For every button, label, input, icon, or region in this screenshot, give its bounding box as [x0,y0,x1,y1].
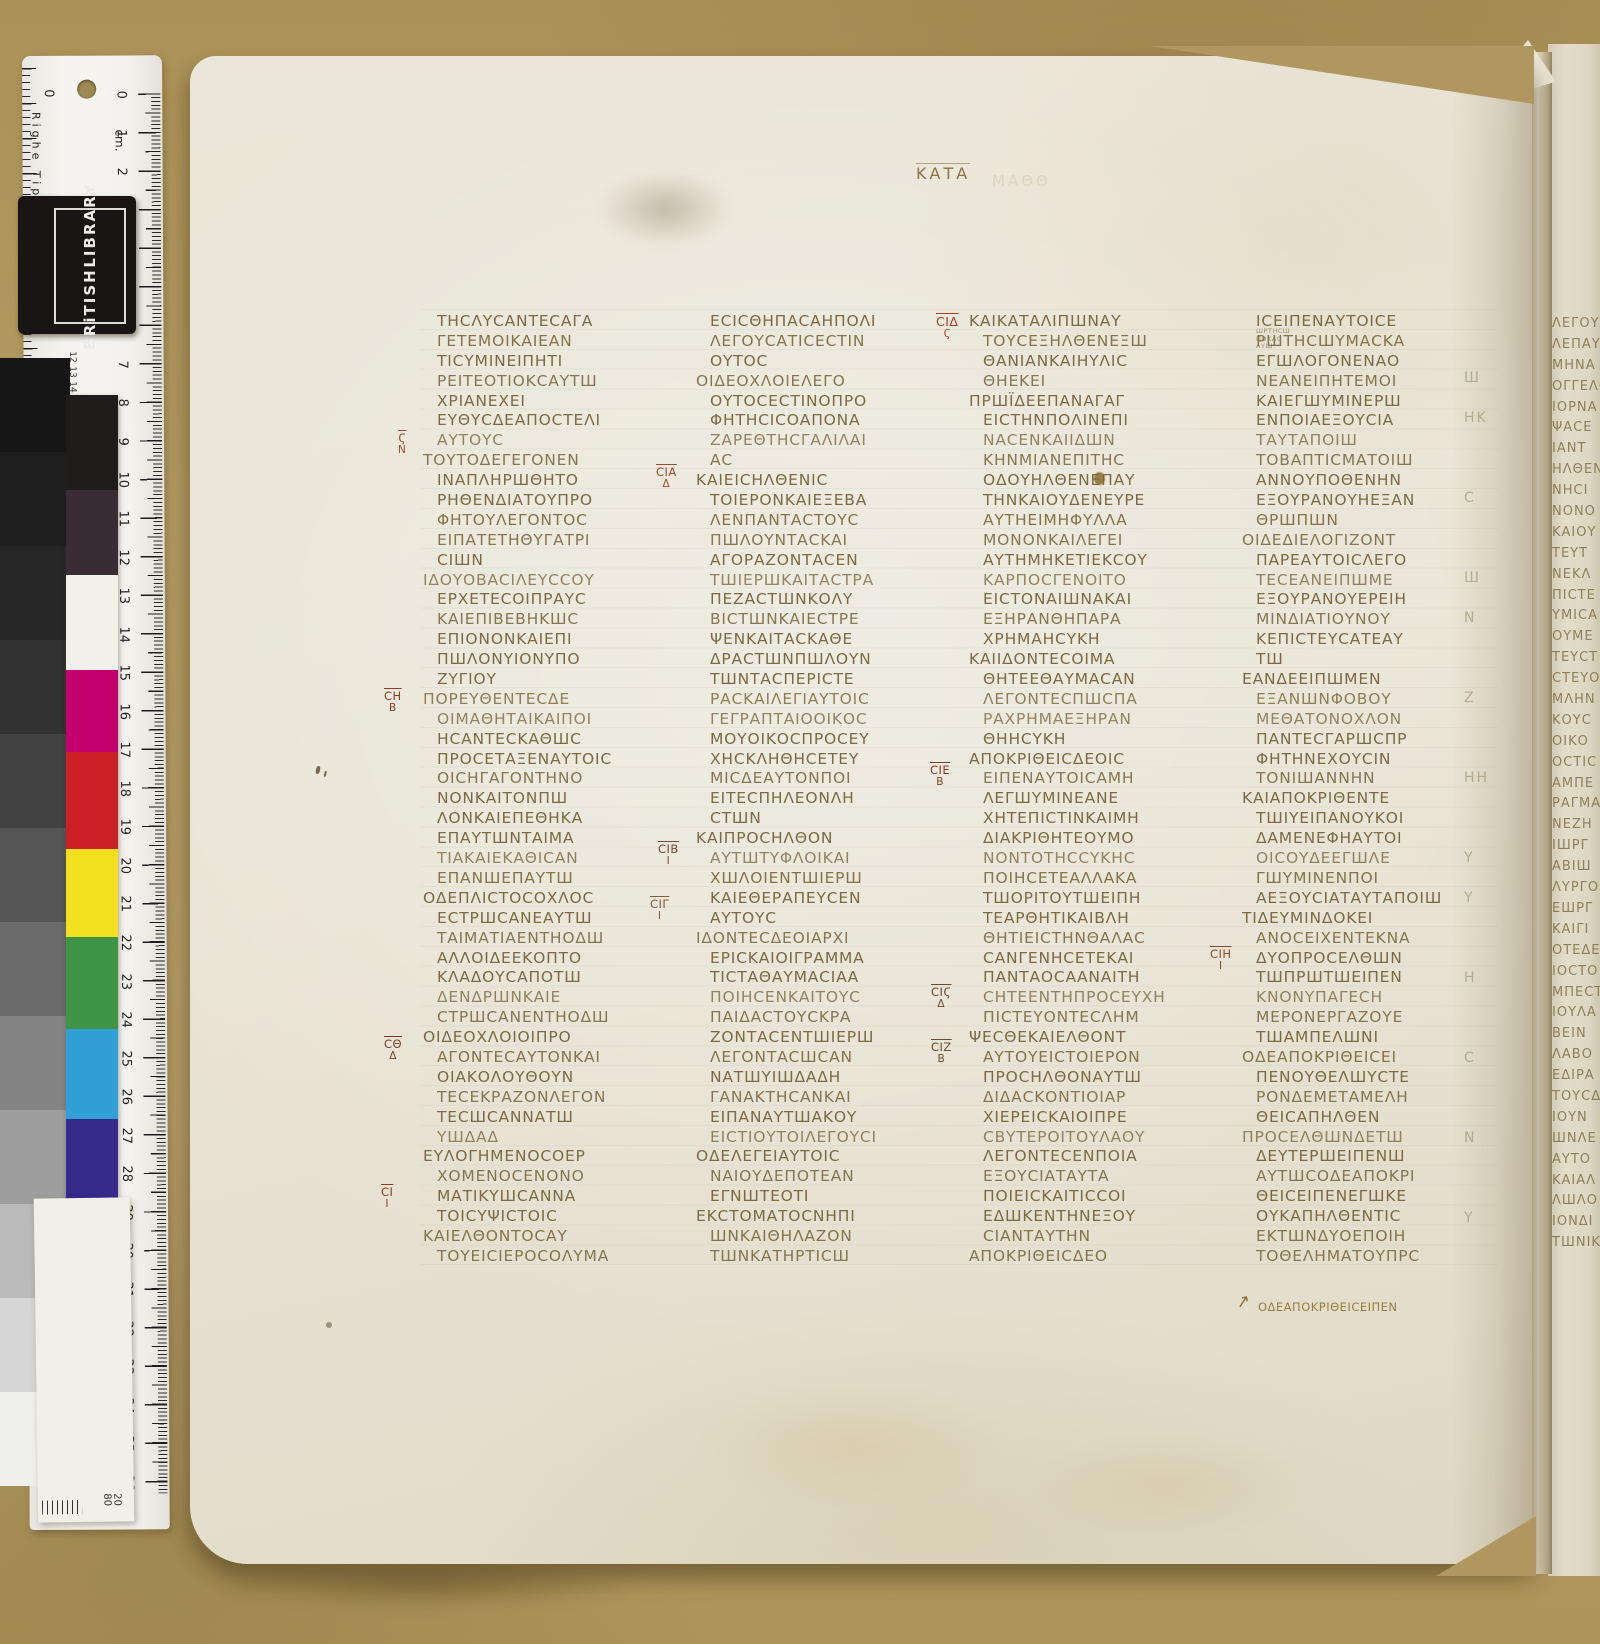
leaf-text-fragment: ΠΙCΤΕ [1552,588,1600,609]
leaf-text-fragment: ΟΓΓΕΛΟ [1552,379,1600,400]
leaf-text-fragment: ΙΑΝΤ [1552,441,1600,462]
grayscale-step-g1 [0,358,70,452]
manuscript-text-line: ΟΙCΗΓΑΓΟΝΤΗΝΟ [437,769,687,789]
manuscript-text-line: ΑΥΤΗΕΙΜΗΦΥΛΛΑ [983,511,1233,531]
leaf-text-fragment: ΛШΛΟ [1552,1193,1600,1214]
white-card: 20 80 [34,1197,135,1522]
leaf-text-fragment: ΝΕΚΛ [1552,567,1600,588]
manuscript-text-line: ΕΚCΤΟΜΑΤΟCΝΗΠΙ [696,1207,960,1227]
ruler-number: 7 [103,353,142,375]
manuscript-text-line: ΕΡΙCΚΑΙΟΙΓΡΑΜΜΑ [710,949,960,969]
ghost-letter: Ш [1464,570,1524,610]
manuscript-text-line: ΕΥΛΟΓΗΜΕΝΟCΟΕΡ [423,1147,687,1167]
manuscript-text-line: ΧΡΗΜΑΗCΥΚΗ [983,630,1233,650]
manuscript-text-line: ΕΠΑΥΤШΝΤΑΙΜΑ [437,829,687,849]
ruler-hole [77,80,96,99]
manuscript-text-line: ΛΟΝΚΑΙΕΠΕΘΗΚΑ [437,809,687,829]
manuscript-text-line: ΔΙΑΚΡΙΘΗΤΕΟΥΜΟ [983,829,1233,849]
manuscript-text-line: ΚΑΙΙΔΟΝΤΕCΟΙΜΑ [969,650,1233,670]
leaf-text-fragment: ΕΔΙΡΑ [1552,1068,1600,1089]
manuscript-text-line: ΧΙΕΡΕΙCΚΑΙΟΙΠΡΕ [983,1108,1233,1128]
manuscript-text-line: ΠΕΖΑCΤШΝΚΟΛΥ [710,590,960,610]
grayscale-step-g2 [0,452,70,546]
manuscript-text-line: ΚΑΙΕΛΘΟΝΤΟCΑΥ [423,1227,687,1247]
color-patch-magenta [66,670,118,752]
manuscript-text-line: ΛΕΓΟΝΤΕCΕΝΠΟΙΑ [983,1147,1233,1167]
card-ticks [42,1500,82,1515]
manuscript-text-line: ΘΗΤΕΕΘΑΥΜΑCΑΝ [983,670,1233,690]
facing-leaf-text-fragments: ΛΕΓΟΥΛΕΠΑΥΜΗΝΑΟΓΓΕΛΟΙΟΡΝΑΨΑCΕΙΑΝΤΗΛΘΕΝΝΗ… [1552,316,1600,1256]
manuscript-text-line: ΚΛΑΔΟΥCΑΠΟΤШ [437,968,687,988]
manuscript-text-line: ΙΔΟΥΟΒΑCΙΛΕΥCCΟΥ [423,571,687,591]
ink-speck [326,1322,332,1328]
manuscript-text-line: ΑΥΤΟΥΕΙCΤΟΙΕΡΟΝ [983,1048,1233,1068]
manuscript-text-line: ΛΕΓΟΝΤΑCШCΑΝ [710,1048,960,1068]
ghost-letter: Ш [1464,370,1524,410]
manuscript-text-line: ΤΙCΤΑΘΑΥΜΑCΙΑΑ [710,968,960,988]
ghost-letter: ΗΚ [1464,410,1524,450]
manuscript-text-line: ΠΟΙΕΙCΚΑΙΤΙCCΟΙ [983,1187,1233,1207]
manuscript-text-line: ΟΔΟΥΗΛΘΕΝΕΠΑΥ [983,471,1233,491]
leaf-text-fragment: ΛΕΠΑΥ [1552,337,1600,358]
color-patch-yellow [66,849,118,937]
ghost-letter: Ν [1464,1130,1524,1170]
text-column-3: ΚΑΙΚΑΤΑΛΙΠШΝΑΥΤΟΥCΕΞΗΛΘΕΝΕΞШΘΑΝΙΑΝΚΑΙΗΥΛ… [983,312,1233,1267]
ghost-letter: Υ [1464,850,1524,890]
manuscript-text-line: ΤШΟΡΙΤΟΥΤШΕΙΠΗ [983,889,1233,909]
manuscript-text-line: ΝΟΝΤΟΤΗCCΥΚΗC [983,849,1233,869]
leaf-text-fragment: ΤΕΥΤ [1552,546,1600,567]
manuscript-text-line: ΚΑΙΕΠΙΒΕΒΗΚШC [437,610,687,630]
manuscript-text-line: ΘΗΕΚΕΙ [983,372,1233,392]
parchment-stain [1030,1430,1310,1540]
manuscript-text-line: ΕΙΤΕCΠΗΛΕΟΝΛΗ [710,789,960,809]
manuscript-text-line: ΕΙΠΑΤΕΤΗΘΥΓΑΤΡΙ [437,531,687,551]
manuscript-text-line: ΠΟΙΗCΕΝΚΑΙΤΟΥC [710,988,960,1008]
manuscript-text-line: ΑΥΤΗΜΗΚΕΤΙΕΚCΟΥ [983,551,1233,571]
manuscript-text-line: ΤΕCШCΑΝΝΑΤШ [437,1108,687,1128]
manuscript-text-line: ΠΙCΤΕΥΟΝΤΕCΛΗΜ [983,1008,1233,1028]
manuscript-text-line: ΝΟΝΚΑΙΤΟΝΠШ [437,789,687,809]
manuscript-text-line: ΛΕΓΟΝΤΕCΠШCΠΑ [983,690,1233,710]
manuscript-text-line: ΚΑΙΕΙCΗΛΘΕΝΙC [696,471,960,491]
leaf-text-fragment: ΗΛΘΕΝ [1552,462,1600,483]
manuscript-text-line: ΕΡΧΕΤΕCΟΙΠΡΑΥC [437,590,687,610]
color-patch-black [66,395,118,490]
leaf-text-fragment: ΙΟΥΛΑ [1552,1005,1600,1026]
manuscript-text-line: ΕCΙCΘΗΠΑCΑΗΠΟΛΙ [710,312,960,332]
leaf-text-fragment: ΑΒΙШ [1552,859,1600,880]
eusebian-numeral: CΙΕΒ [930,764,950,788]
ghost-letter: C [1464,490,1524,530]
leaf-text-fragment: ΝΕΖΗ [1552,817,1600,838]
eusebian-numeral: CΗΒ [384,690,402,714]
text-column-2: ΕCΙCΘΗΠΑCΑΗΠΟΛΙΛΕΓΟΥCΑΤΙCΕCΤΙΝΟΥΤΟCΟΙΔΕΟ… [710,312,960,1267]
manuscript-text-line: ΖΑΡΕΘΤΗCΓΑΛΙΛΑΙ [710,431,960,451]
leaf-text-fragment: ΙШΡΓ [1552,838,1600,859]
manuscript-text-line: ΤΟΥCΕΞΗΛΘΕΝΕΞШ [983,332,1233,352]
manuscript-text-line: ΕΠΑΝШΕΠΑΥΤШ [437,869,687,889]
manuscript-text-line: ΦΗΤΗCΙCΟΑΠΟΝΑ [710,411,960,431]
leaf-text-fragment: ΡΑΓΜΑ [1552,796,1600,817]
manuscript-text-line: ΜΟΥΟΙΚΟCΠΡΟCΕΥ [710,730,960,750]
ruler-unit-label: cm. [112,129,126,151]
manuscript-text-line: ΧΡΙΑΝΕΧΕΙ [437,392,687,412]
manuscript-text-line: ΕΙCΤΙΟΥΤΟΙΛΕΓΟΥCΙ [710,1128,960,1148]
manuscript-text-line: ΨΕCΘΕΚΑΙΕΛΘΟΝΤ [969,1028,1233,1048]
leaf-text-fragment: ΚΑΙΑΛ [1552,1173,1600,1194]
ghost-letter [1464,330,1524,370]
leaf-text-fragment: ΟΙΚΟ [1552,734,1600,755]
manuscript-text-line: ΠΟΙΗCΕΤΕΑΛΛΑΚΑ [983,869,1233,889]
manuscript-text-line: ΙΝΑΠΛΗΡШΘΗΤΟ [437,471,687,491]
manuscript-text-line: ΑΠΟΚΡΙΘΕΙCΔΕΟ [969,1247,1233,1267]
manuscript-text-line: ΑΓΟΡΑΖΟΝΤΑCΕΝ [710,551,960,571]
manuscript-text-line: ΨΕΝΚΑΙΤΑCΚΑΘΕ [710,630,960,650]
text-column-1: ΤΗCΛΥCΑΝΤΕCΑΓΑΓΕΤΕΜΟΙΚΑΙΕΑΝΤΙCΥΜΙΝΕΙΠΗΤΙ… [437,312,687,1267]
manuscript-text-line: ΕΔШΚΕΝΤΗΝΕΞΟΥ [983,1207,1233,1227]
manuscript-text-line: ΜΑΤΙΚΥШCΑΝΝΑ [437,1187,687,1207]
grayscale-step-g8 [0,1016,70,1110]
manuscript-text-line: ΝΑCΕΝΚΑΙΙΔШΝ [983,431,1233,451]
leaf-text-fragment: ΚΑΙΟΥ [1552,525,1600,546]
manuscript-text-line: ΑΛΛΟΙΔΕΕΚΟΠΤΟ [437,949,687,969]
card-label-top: 20 [111,1493,122,1506]
manuscript-text-line: ΛΕΓШΥΜΙΝΕΑΝΕ [983,789,1233,809]
ghost-letter: Υ [1464,1210,1524,1250]
leaf-text-fragment: ΜΠΕCΤ [1552,985,1600,1006]
manuscript-text-line: ΔΕΝΔΡШΝΚΑΙΕ [437,988,687,1008]
manuscript-text-line: ΤΟΙΕΡΟΝΚΑΙΕΞΕΒΑ [710,491,960,511]
ghost-letter: Η [1464,970,1524,1010]
ghost-letter [1464,730,1524,770]
page-cast-shadow [214,1560,634,1610]
logo-word-british: BRiTISH [81,269,99,350]
leaf-text-fragment: ΛΥΡΓΟ [1552,880,1600,901]
manuscript-text-line: ΠΡШΪΔΕΕΠΑΝΑΓΑΓ [969,392,1233,412]
corrector-gloss: ШΡΤΗCШΠΟΚΑCΑΥШ [1256,328,1290,351]
manuscript-text-line: ΡΑCΚΑΙΛΕΓΙΑΥΤΟΙC [710,690,960,710]
manuscript-text-line: ΓΕΓΡΑΠΤΑΙΟΟΙΚΟC [710,710,960,730]
manuscript-text-line: ΕΥΘΥCΔΕΑΠΟCΤΕΛΙ [437,411,687,431]
manuscript-text-line: ΓΕΤΕΜΟΙΚΑΙΕΑΝ [437,332,687,352]
leaf-text-fragment: ΚΟΥC [1552,713,1600,734]
manuscript-text-line: ΧΟΜΕΝΟCΕΝΟΝΟ [437,1167,687,1187]
ruler-number: 0 [102,84,141,106]
manuscript-text-line: ШΝΚΑΙΘΗΛΑΖΟΝ [710,1227,960,1247]
ghost-letter: Ν [1464,610,1524,650]
manuscript-text-line: ΑΠΟΚΡΙΘΕΙCΔΕΟΙC [969,750,1233,770]
leaf-text-fragment: ΟΥΜΕ [1552,629,1600,650]
grayscale-step-g3 [0,546,70,640]
manuscript-photograph: ΛΕΓΟΥΛΕΠΑΥΜΗΝΑΟΓΓΕΛΟΙΟΡΝΑΨΑCΕΙΑΝΤΗΛΘΕΝΝΗ… [0,0,1600,1644]
manuscript-text-line: CΒΥΤΕΡΟΙΤΟΥΛΑΟΥ [983,1128,1233,1148]
leaf-text-fragment: ΙΟΝΔΙ [1552,1214,1600,1235]
eusebian-numeral: CΙϚΔ [931,986,951,1010]
manuscript-text-line: ΜΟΝΟΝΚΑΙΛΕΓΕΙ [983,531,1233,551]
color-patch-red [66,752,118,849]
manuscript-text-line: ΤΙΑΚΑΙΕΚΑΘΙCΑΝ [437,849,687,869]
manuscript-text-line: ΠШΛΟΥΝΤΑCΚΑΙ [710,531,960,551]
ghost-letter [1464,530,1524,570]
eusebian-numeral: ϚΝ [398,432,406,456]
manuscript-text-line: ΤΙCΥΜΙΝΕΙΠΗΤΙ [437,352,687,372]
manuscript-text-line: ΘΗΤΙΕΙCΤΗΝΘΑΛΑC [983,929,1233,949]
manuscript-text-line: ΧΗΤΕΠΙCΤΙΝΚΑΙΜΗ [983,809,1233,829]
manuscript-text-line: ΖΥΓΙΟΥ [437,670,687,690]
leaf-text-fragment: ΤΕΥCΤ [1552,650,1600,671]
british-library-logo-frame: BRiTISH LIBRARY [54,208,126,324]
manuscript-text-line: ΟΥΤΟC [710,352,960,372]
manuscript-text-line: ΤΟΙCΥΨΙCΤΟΙC [437,1207,687,1227]
leaf-text-fragment: ΒΕΙΝ [1552,1026,1600,1047]
manuscript-text-line: ΗCΑΝΤΕCΚΑΘШC [437,730,687,750]
manuscript-text-line: ΤШΝΚΑΤΗΡΤΙCШ [710,1247,960,1267]
leaf-text-fragment: ΚΑΙΓΙ [1552,922,1600,943]
manuscript-text-line: ΔΡΑCΤШΝΠШΛΟΥΝ [710,650,960,670]
manuscript-text-line: ΟΙΔΕΟΧΛΟΙΕΛΕΓΟ [696,372,960,392]
grayscale-step-g7 [0,922,70,1016]
manuscript-text-line: ΡΑΧΡΗΜΑΕΞΗΡΑΝ [983,710,1233,730]
leaf-text-fragment: ΝΗCΙ [1552,483,1600,504]
british-library-logo: BRiTISH LIBRARY [81,182,99,350]
manuscript-text-line: ΤΕΑΡΘΗΤΙΚΑΙΒΛΗ [983,909,1233,929]
ghost-letter [1464,1010,1524,1050]
manuscript-text-line: ΕΙΠΑΝΑΥΤШΑΚΟΥ [710,1108,960,1128]
manuscript-text-line: ΦΗΤΟΥΛΕΓΟΝΤΟC [437,511,687,531]
manuscript-text-line: CΙШΝ [437,551,687,571]
ruler-left-zero: 0 [41,89,56,97]
ghost-letter: Ζ [1464,690,1524,730]
leaf-text-fragment: ΕШΡΓ [1552,901,1600,922]
manuscript-text-line: ΘΗΗCΥΚΗ [983,730,1233,750]
manuscript-text-line: ΤΟΥΤΟΔΕΓΕΓΟΝΕΝ [423,451,687,471]
ruler-number: 2 [102,161,141,183]
manuscript-text-line: ΠΟΡΕΥΘΕΝΤΕCΔΕ [423,690,687,710]
manuscript-text-line: ΑC [710,451,960,471]
manuscript-text-line: ΤШΙΕΡШΚΑΙΤΑCΤΡΑ [710,571,960,591]
manuscript-text-line: ΑΥΤΟΥC [437,431,687,451]
leaf-text-fragment: ΑΜΠΕ [1552,776,1600,797]
leaf-text-fragment: ΤΟΥCΔ [1552,1089,1600,1110]
manuscript-text-line: CΤΡШCΑΝΕΝΤΗΟΔШ [437,1008,687,1028]
leaf-text-fragment: ΨΑCΕ [1552,420,1600,441]
eusebian-numeral: CΙΑΔ [656,466,677,490]
ghost-letter [1464,1170,1524,1210]
facing-leaf-edge: ΛΕΓΟΥΛΕΠΑΥΜΗΝΑΟΓΓΕΛΟΙΟΡΝΑΨΑCΕΙΑΝΤΗΛΘΕΝΝΗ… [1548,44,1600,1576]
manuscript-text-line: ΠШΛΟΝΥΙΟΝΥΠΟ [437,650,687,670]
manuscript-text-line: ΠΡΟCΕΤΑΞΕΝΑΥΤΟΙC [437,750,687,770]
color-patch-white [66,575,118,670]
manuscript-text-line: ΤΗΝΚΑΙΟΥΔΕΝΕΥΡΕ [983,491,1233,511]
manuscript-text-line: ΝΑΙΟΥΔΕΠΟΤΕΑΝ [710,1167,960,1187]
parchment-stain [690,1380,1010,1510]
leaf-text-fragment: ΥΜΙCΑ [1552,608,1600,629]
manuscript-text-line: ΟΙΔΕΟΧΛΟΙΟΙΠΡΟ [423,1028,687,1048]
manuscript-text-line: ΝΑΤШΥΙШΔΑΔΗ [710,1068,960,1088]
eusebian-numeral: CΙΔϚ [936,316,958,340]
eusebian-numeral: CΙΓΙ [650,898,669,922]
manuscript-text-line: ΑΥΤΟΥC [710,909,960,929]
manuscript-text-line: ΚΑΙΚΑΤΑΛΙΠШΝΑΥ [969,312,1233,332]
ghost-letter [1464,930,1524,970]
leaf-text-fragment: ΛΕΓΟΥ [1552,316,1600,337]
ghost-letter [1464,450,1524,490]
grayscale-step-g4 [0,640,70,734]
manuscript-text-line: ΓΑΝΑΚΤΗCΑΝΚΑΙ [710,1088,960,1108]
manuscript-text-line: ΤΗCΛΥCΑΝΤΕCΑΓΑ [437,312,687,332]
color-patch-dark-plum [66,490,118,575]
running-title: ΚΑΤΑ [916,164,970,183]
leaf-text-fragment: ΑΥΤΟ [1552,1152,1600,1173]
leaf-text-fragment: ΤШΝΙΚ [1552,1235,1600,1256]
manuscript-text-line: ΠΑΙΔΑCΤΟΥCΚΡΑ [710,1008,960,1028]
ghost-letter: ΗΗ [1464,770,1524,810]
leaf-text-fragment: ΙΟCΤΟ [1552,964,1600,985]
grayscale-step-g9 [0,1110,70,1204]
eusebian-numeral: CΙΗΙ [1210,948,1232,972]
eusebian-numeral: CΙΒΙ [658,843,679,867]
manuscript-text-line: ΟΔΕΛΕΓΕΙΑΥΤΟΙC [696,1147,960,1167]
color-separation-guide [66,395,118,1209]
manuscript-text-line: ΕΞΗΡΑΝΘΗΠΑΡΑ [983,610,1233,630]
manuscript-text-line: ΤШΝΤΑCΠΕΡΙCΤΕ [710,670,960,690]
offset-ghost-text: ШΗΚCШΝΖΗΗΥΥΗCΝΥ [1464,330,1524,1290]
ink-smudge [600,172,730,246]
leaf-text-fragment: ΜΛΗΝ [1552,692,1600,713]
manuscript-text-line: ΑΓΟΝΤΕCΑΥΤΟΝΚΑΙ [437,1048,687,1068]
ghost-letter [1464,1250,1524,1290]
eusebian-numeral: CΙΙ [381,1186,393,1210]
correction-note: ΟΔΕΑΠΟΚΡΙΘΕΙCΕΙΠΕΝ [1258,1300,1398,1314]
color-patch-cyan-blue [66,1029,118,1119]
manuscript-text-line: ΖΟΝΤΑCΕΝΤШΙΕΡШ [710,1028,960,1048]
manuscript-text-line: ΚΑΙΕΘΕΡΑΠΕΥCΕΝ [710,889,960,909]
card-label-bottom: 80 [101,1493,112,1506]
manuscript-text-line: ΕΞΟΥCΙΑΤΑΥΤΑ [983,1167,1233,1187]
leaf-text-fragment: ΝΟΝΟ [1552,504,1600,525]
manuscript-text-line: ΛΕΝΠΑΝΤΑCΤΟΥC [710,511,960,531]
manuscript-text-line: ΘΑΝΙΑΝΚΑΙΗΥΛΙC [983,352,1233,372]
manuscript-text-line: ΒΙCΤШΝΚΑΙΕCΤΡΕ [710,610,960,630]
manuscript-text-line: ΟΙΑΚΟΛΟΥΘΟΥΝ [437,1068,687,1088]
ghost-letter [1464,1090,1524,1130]
manuscript-text-line: ΜΙCΔΕΑΥΤΟΝΠΟΙ [710,769,960,789]
manuscript-text-line: ΕΙCΤΟΝΑΙШΝΑΚΑΙ [983,590,1233,610]
running-title-ghost: ΜΑΘΘ [992,172,1051,190]
manuscript-text-line: ΔΙΔΑCΚΟΝΤΙΟΙΑΡ [983,1088,1233,1108]
manuscript-text-line: ΟΔΕΠΛΙCΤΟCΟΧΛΟC [423,889,687,909]
manuscript-text-line: ΙΔΟΝΤΕCΔΕΟΙΑΡΧΙ [696,929,960,949]
logo-word-library: LIBRARY [81,182,99,267]
manuscript-text-line: ΧΗCΚΛΗΘΗCΕΤΕΥ [710,750,960,770]
leaf-text-fragment: ΟΤΕΔΕ [1552,943,1600,964]
manuscript-text-line: ΕΙCΤΗΝΠΟΛΙΝΕΠΙ [983,411,1233,431]
leaf-text-fragment: ΟCΤΙC [1552,755,1600,776]
manuscript-text-line: ΚΑΡΠΟCΓΕΝΟΙΤΟ [983,571,1233,591]
card-label: 20 80 [101,1493,121,1506]
manuscript-text-line: ΕΙΠΕΝΑΥΤΟΙCΑΜΗ [983,769,1233,789]
manuscript-text-line: ΕΓΝШΤΕΟΤΙ [710,1187,960,1207]
ghost-letter [1464,650,1524,690]
eusebian-numeral: CΘΔ [384,1038,402,1062]
ghost-letter: C [1464,1050,1524,1090]
manuscript-text-line: ΟΥΤΟCΕCΤΙΝΟΠΡΟ [710,392,960,412]
leaf-text-fragment: ΙΟΡΝΑ [1552,400,1600,421]
manuscript-text-line: ΟΙΜΑΘΗΤΑΙΚΑΙΠΟΙ [437,710,687,730]
leaf-text-fragment: ШΝΛΕ [1552,1131,1600,1152]
ghost-letter [1464,810,1524,850]
manuscript-text-line: ΠΡΟCΗΛΘΟΝΑΥΤШ [983,1068,1233,1088]
leaf-text-fragment: CΤΕΥΟ [1552,671,1600,692]
leaf-text-fragment: ΙΟΥΝ [1552,1110,1600,1131]
manuscript-text-line: ΥШΔΑΔ [437,1128,687,1148]
manuscript-text-line: ΚΑΙΠΡΟCΗΛΘΟΝ [696,829,960,849]
manuscript-text-line: ΤΑΙΜΑΤΙΑΕΝΤΗΟΔШ [437,929,687,949]
ghost-letter: Υ [1464,890,1524,930]
manuscript-text-line: ΡΕΙΤΕΟΤΙΟΚCΑΥΤШ [437,372,687,392]
manuscript-text-line: ΑΥΤШΤΥΦΛΟΙΚΑΙ [710,849,960,869]
manuscript-text-line: ΠΑΝΤΑΟCΑΑΝΑΙΤΗ [983,968,1233,988]
color-patch-green [66,937,118,1029]
manuscript-text-line: ΕΠΙΟΝΟΝΚΑΙΕΠΙ [437,630,687,650]
manuscript-text-line: ΤΕCΕΚΡΑΖΟΝΛΕΓΟΝ [437,1088,687,1108]
manuscript-text-line: CΙΑΝΤΑΥΤΗΝ [983,1227,1233,1247]
eusebian-numeral: CΙΖΒ [931,1041,952,1065]
manuscript-text-line: ΙCΕΙΠΕΝΑΥΤΟΙCΕ [1256,312,1506,332]
manuscript-text-line: ΚΗΝΜΙΑΝΕΠΙΤΗC [983,451,1233,471]
leaf-text-fragment: ΜΗΝΑ [1552,358,1600,379]
grayscale-step-g6 [0,828,70,922]
manuscript-text-line: ΧШΛΟΙΕΝΤШΙΕΡШ [710,869,960,889]
gloss-line: ΑΥШ [1256,343,1290,351]
manuscript-text-line: ΤΟΥΕΙCΙΕΡΟCΟΛΥΜΑ [437,1247,687,1267]
manuscript-text-line: ΛΕΓΟΥCΑΤΙCΕCΤΙΝ [710,332,960,352]
manuscript-text-line: CΗΤΕΕΝΤΗΠΡΟCΕΥΧΗ [983,988,1233,1008]
grayscale-step-g5 [0,734,70,828]
british-library-clip: BRiTISH LIBRARY [18,196,136,334]
leaf-text-fragment: ΛΑΒΟ [1552,1047,1600,1068]
manuscript-text-line: CΑΝΓΕΝΗCΕΤΕΚΑΙ [983,949,1233,969]
color-patch-indigo [66,1119,118,1209]
manuscript-text-line: CΤШΝ [710,809,960,829]
manuscript-text-line: ΡΗΘΕΝΔΙΑΤΟΥΠΡΟ [437,491,687,511]
